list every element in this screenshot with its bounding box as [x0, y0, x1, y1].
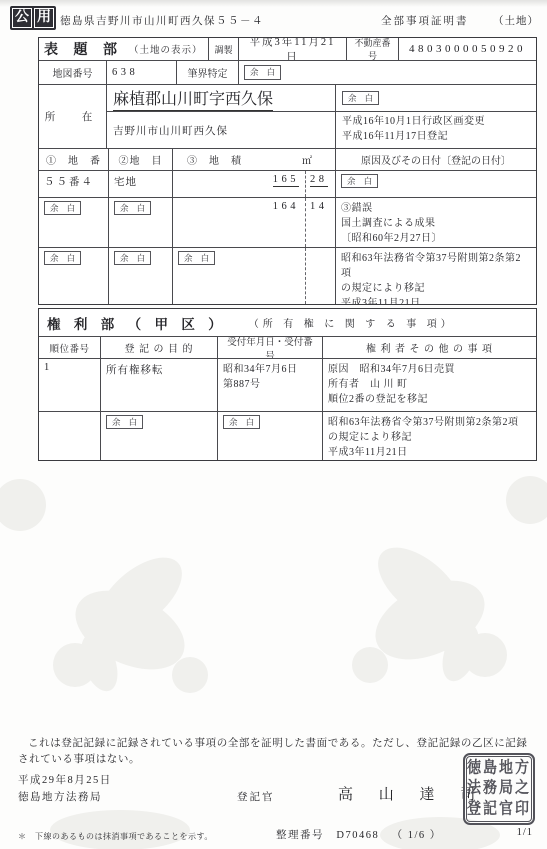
- chiban-value: ５５番４: [39, 171, 109, 197]
- yohaku-box: 余 白: [244, 65, 281, 79]
- receipt-line: 昭和34年7月6日: [223, 362, 317, 377]
- certification-text: これは登記記録に記録されている事項の全部を証明した書面である。ただし、登記記録の…: [18, 736, 535, 768]
- kouku-title: 権 利 部 （ 甲 区 ）: [47, 313, 227, 333]
- rights-cell: 原因 昭和34年7月6日売買 所有者 山 川 町 順位2番の登記を移記: [323, 359, 536, 411]
- receipt-cell: 余 白: [218, 412, 323, 460]
- reference-label: 整理番号: [276, 830, 324, 841]
- hikkai-label: 筆界特定: [177, 61, 239, 84]
- receipt-cell: 昭和34年7月6日 第887号: [218, 359, 323, 411]
- rights-cell: 昭和63年法務省令第37号附則第2条第2項 の規定により移記 平成3年11月21…: [323, 412, 536, 460]
- area-decimal: [305, 248, 335, 304]
- receipt-line: 第887号: [223, 377, 317, 392]
- genin-line: 国土調査による成果: [341, 216, 531, 231]
- shozai-label: 所 在: [39, 85, 107, 148]
- genin-cell: 余 白: [336, 171, 536, 197]
- stamp-char: 用: [34, 8, 54, 28]
- genin-line: 昭和63年法務省令第37号附則第2条第2項: [341, 251, 531, 281]
- property-address: 徳島県吉野川市山川町西久保５５－４: [60, 13, 264, 28]
- kouku-row-1: 1 所有権移転 昭和34年7月6日 第887号 原因 昭和34年7月6日売買 所…: [39, 359, 536, 412]
- land-row-1: ５５番４ 宅地 165 28 余 白: [39, 171, 536, 198]
- rank-cell: [39, 412, 101, 460]
- registrar-label: 登記官: [237, 789, 275, 804]
- kouku-row-2: 余 白 余 白 昭和63年法務省令第37号附則第2条第2項 の規定により移記 平…: [39, 412, 536, 460]
- kouku-table: 権 利 部 （ 甲 区 ） （所 有 権 に 関 す る 事 項） 順位番号 登…: [38, 308, 537, 461]
- col-purpose: 登 記 の 目 的: [101, 337, 218, 358]
- underline-note: ＊ 下線のあるものは抹消事項であることを示す。: [18, 831, 213, 842]
- shozai-rows: 所 在 麻植郡山川町字西久保 吉野川市山川町西久保 余 白 平成16年10月1日…: [39, 85, 536, 149]
- yohaku-box: 余 白: [342, 91, 379, 105]
- rights-line: 平成3年11月21日: [328, 445, 531, 460]
- area-cell: 余 白: [173, 248, 336, 304]
- yohaku-box: 余 白: [223, 415, 260, 429]
- land-row-3: 余 白 余 白 余 白 昭和63年法務省令第37号附則第2条第2項 の規定により…: [39, 248, 536, 304]
- section-title: 表 題 部: [44, 39, 123, 59]
- hyodaibu-title-cell: 表 題 部 （土地の表示）: [39, 38, 209, 60]
- chiban-cell: 余 白: [39, 248, 109, 304]
- col-chiseki-unit: ㎡: [302, 152, 313, 167]
- genin-line: ③錯誤: [341, 201, 531, 216]
- yohaku-box: 余 白: [44, 251, 81, 265]
- rights-line: 昭和63年法務省令第37号附則第2条第2項: [328, 415, 531, 430]
- yohaku-box: 余 白: [106, 415, 143, 429]
- col-chiseki-cell: ③ 地 積 ㎡: [173, 149, 336, 170]
- area-integer: 165: [173, 171, 305, 197]
- col-rank: 順位番号: [39, 337, 101, 358]
- property-no-value: 4803000050920: [399, 38, 536, 60]
- rights-line: の規定により移記: [328, 430, 531, 445]
- shozai-notes: 平成16年10月1日行政区画変更 平成16年11月17日登記: [336, 112, 536, 148]
- chimoku-value: 宅地: [109, 171, 173, 197]
- property-no-label: 不動産番号: [347, 38, 399, 60]
- col-genin: 原因及びその日付〔登記の日付〕: [336, 149, 536, 170]
- yohaku-box: 余 白: [114, 201, 151, 215]
- area-decimal: 14: [305, 198, 335, 247]
- shozai-note: 平成16年10月1日行政区画変更: [342, 114, 530, 129]
- legal-affairs-office: 徳島地方法務局: [18, 789, 102, 804]
- genin-cell: 昭和63年法務省令第37号附則第2条第2項 の規定により移記 平成3年11月21…: [336, 248, 536, 304]
- map-no-value: 638: [107, 61, 177, 84]
- seal-text-row: 徳島地方: [467, 760, 531, 776]
- hyodaibu-title-row: 表 題 部 （土地の表示） 調製 平成3年11月21日 不動産番号 480300…: [39, 38, 536, 61]
- shozai-yohaku-cell: 余 白: [336, 85, 536, 112]
- chiban-cell: 余 白: [39, 198, 109, 247]
- yohaku-box: 余 白: [178, 251, 215, 265]
- purpose-cell: 余 白: [101, 412, 218, 460]
- area-cell: 165 28: [173, 171, 336, 197]
- kouyou-stamp: 公 用: [10, 6, 56, 30]
- registrar-seal: 徳島地方 法務局之 登記官印: [463, 753, 535, 825]
- hyodaibu-table: 表 題 部 （土地の表示） 調製 平成3年11月21日 不動産番号 480300…: [38, 37, 537, 305]
- shozai-right: 余 白 平成16年10月1日行政区画変更 平成16年11月17日登記: [336, 85, 536, 148]
- area-cell: 164 14: [173, 198, 336, 247]
- chosei-label: 調製: [209, 38, 239, 60]
- reference-value: D70468: [336, 830, 379, 841]
- hikkai-value: 余 白: [239, 61, 536, 84]
- shozai-note: 平成16年11月17日登記: [342, 129, 530, 144]
- reference-pages: （ 1/6 ）: [392, 830, 442, 841]
- kouku-header-row: 順位番号 登 記 の 目 的 受付年月日・受付番号 権 利 者 そ の 他 の …: [39, 337, 536, 359]
- yohaku-box: 余 白: [114, 251, 151, 265]
- col-chiseki: ③ 地 積: [187, 152, 242, 167]
- shozai-new: 吉野川市山川町西久保: [107, 112, 335, 148]
- genin-line: の規定により移記: [341, 281, 531, 296]
- map-no-row: 地図番号 638 筆界特定 余 白: [39, 61, 536, 85]
- rights-line: 順位2番の登記を移記: [328, 392, 531, 407]
- purpose-value: 所有権移転: [101, 359, 218, 411]
- col-chimoku: ②地 目: [109, 149, 173, 170]
- section-subtitle: （土地の表示）: [129, 42, 203, 56]
- document-title: 全部事項証明書: [381, 13, 469, 28]
- area-yohaku: 余 白: [173, 248, 305, 304]
- col-receipt: 受付年月日・受付番号: [218, 337, 323, 358]
- rights-line: 原因 昭和34年7月6日売買: [328, 362, 531, 377]
- col-chiban: ① 地 番: [39, 149, 109, 170]
- col-rights: 権 利 者 そ の 他 の 事 項: [323, 337, 536, 358]
- genin-line: 〔昭和60年2月27日〕: [341, 231, 531, 246]
- land-row-2: 余 白 余 白 164 14 ③錯誤 国土調査による成果 〔昭和60年2月27日…: [39, 198, 536, 248]
- shozai-old-cell: 麻植郡山川町字西久保: [107, 85, 335, 112]
- kouku-band: 権 利 部 （ 甲 区 ） （所 有 権 に 関 す る 事 項）: [39, 309, 536, 337]
- shozai-values: 麻植郡山川町字西久保 吉野川市山川町西久保: [107, 85, 336, 148]
- scan-artifact: [0, 0, 547, 7]
- yohaku-box: 余 白: [44, 201, 81, 215]
- stamp-char: 公: [12, 8, 32, 28]
- rank-value: 1: [39, 359, 101, 411]
- certificate-page: 公 用 徳島県吉野川市山川町西久保５５－４ 全部事項証明書 （土地） 表 題 部…: [0, 0, 547, 849]
- chimoku-cell: 余 白: [109, 248, 173, 304]
- kouku-subtitle: （所 有 権 に 関 す る 事 項）: [249, 315, 455, 330]
- land-header-row: ① 地 番 ②地 目 ③ 地 積 ㎡ 原因及びその日付〔登記の日付〕: [39, 149, 536, 171]
- area-decimal: 28: [305, 171, 335, 197]
- genin-line: 平成3年11月21日: [341, 296, 531, 304]
- issue-date: 平成29年8月25日: [18, 772, 112, 787]
- rights-line: 所有者 山 川 町: [328, 377, 531, 392]
- shozai-old: 麻植郡山川町字西久保: [113, 86, 273, 111]
- seal-text-row: 登記官印: [467, 801, 531, 817]
- chosei-value: 平成3年11月21日: [239, 38, 347, 60]
- yohaku-box: 余 白: [341, 174, 378, 188]
- reference-number-line: 整理番号 D70468 （ 1/6 ）: [276, 827, 442, 842]
- document-type: （土地）: [493, 13, 539, 28]
- area-integer: 164: [173, 198, 305, 247]
- map-no-label: 地図番号: [39, 61, 107, 84]
- chimoku-cell: 余 白: [109, 198, 173, 247]
- genin-cell: ③錯誤 国土調査による成果 〔昭和60年2月27日〕: [336, 198, 536, 247]
- page-number: 1/1: [517, 827, 533, 838]
- seal-text-row: 法務局之: [467, 781, 531, 797]
